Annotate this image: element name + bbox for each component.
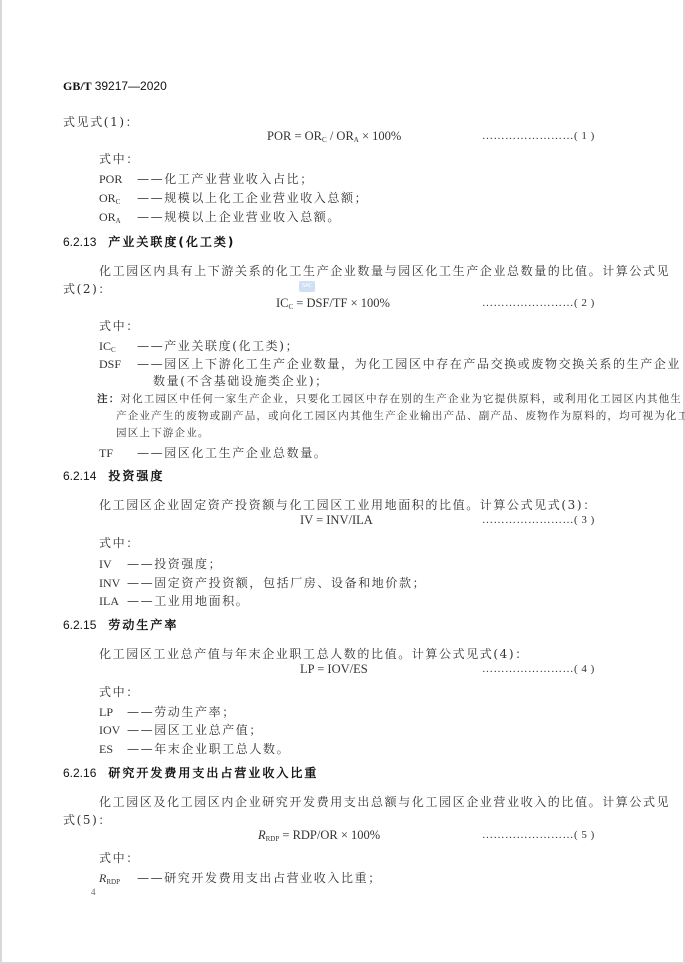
- note-line: 产企业产生的废物或副产品，或向化工园区内其他生产企业输出产品、副产品、废物作为原…: [116, 408, 685, 423]
- eq1-tail: × 100%: [359, 129, 401, 143]
- symbol-sub: RDP: [106, 878, 120, 886]
- paragraph-cont: 式(5)：: [63, 811, 112, 828]
- standard-number: 39217—2020: [95, 79, 167, 93]
- leader-dots: ……………………: [482, 130, 574, 142]
- note-line: 对化工园区中任何一家生产企业，只要化工园区中存在别的生产企业为它提供原料，或利用…: [120, 393, 682, 405]
- symbol: POR: [99, 172, 137, 187]
- eq5-sub: RDP: [266, 835, 280, 843]
- leader-dots: ……………………: [482, 663, 574, 675]
- definition-row: RRDP——研究开发费用支出占营业收入比重；: [99, 867, 382, 886]
- definition-row: DSF——园区上下游化工生产企业数量，为化工园区中存在产品交换或废物交换关系的生…: [99, 353, 681, 372]
- definition-cont: 数量(不含基础设施类企业)；: [153, 372, 329, 389]
- equation-3-number: ……………………( 3 ): [482, 514, 595, 526]
- section-6-2-13-heading: 6.2.13产业关联度(化工类): [63, 233, 235, 250]
- paragraph: 化工园区企业固定资产投资额与化工园区工业用地面积的比值。计算公式见式(3)：: [99, 496, 597, 513]
- document-page: GB/T 39217—2020 式见式(1)： POR = ORC / ORA …: [2, 0, 683, 962]
- definition-row: ES——年末企业职工总人数。: [99, 738, 290, 757]
- standard-header: GB/T 39217—2020: [63, 79, 167, 94]
- note: 注：对化工园区中任何一家生产企业，只要化工园区中存在别的生产企业为它提供原料，或…: [97, 391, 682, 406]
- note-line: 园区上下游企业。: [116, 425, 210, 440]
- paragraph: 化工园区及化工园区内企业研究开发费用支出总额与化工园区企业营业收入的比值。计算公…: [99, 793, 670, 810]
- definition: ——劳动生产率；: [127, 705, 236, 719]
- definition: ——工业用地面积。: [127, 594, 249, 608]
- definition: ——园区工业总产值；: [127, 723, 263, 737]
- where-label: 式中：: [99, 317, 140, 334]
- eq5-rhs: = RDP/OR × 100%: [279, 828, 380, 842]
- page-number: 4: [91, 887, 96, 897]
- definition: ——年末企业职工总人数。: [127, 742, 290, 756]
- definition-row: IOV——园区工业总产值；: [99, 719, 263, 738]
- eq-number: ( 5 ): [574, 829, 595, 841]
- symbol: OR: [99, 191, 116, 205]
- symbol: DSF: [99, 357, 137, 372]
- definition-row: ICC——产业关联度(化工类)；: [99, 335, 299, 354]
- section-title: 劳动生产率: [108, 618, 178, 632]
- symbol: ILA: [99, 594, 127, 609]
- eq2-lhs: IC: [276, 296, 289, 310]
- eq1-ora: / OR: [327, 129, 354, 143]
- eq1-or: OR: [305, 129, 322, 143]
- standard-prefix: GB/T: [63, 79, 92, 93]
- definition-row: TF——园区化工生产企业总数量。: [99, 442, 327, 461]
- definition: ——研究开发费用支出占营业收入比重；: [137, 871, 382, 885]
- where-label: 式中：: [99, 534, 140, 551]
- note-label: 注：: [97, 393, 120, 405]
- definition: ——产业关联度(化工类)；: [137, 339, 299, 353]
- definition: ——投资强度；: [127, 557, 222, 571]
- section-number: 6.2.16: [63, 766, 96, 780]
- paragraph-cont: 式(2)：: [63, 280, 112, 297]
- section-number: 6.2.13: [63, 235, 96, 249]
- symbol: IV: [99, 557, 127, 572]
- eq-number: ( 2 ): [574, 297, 595, 309]
- definition: ——园区化工生产企业总数量。: [137, 446, 327, 460]
- symbol: ES: [99, 742, 127, 757]
- paragraph: 化工园区工业总产值与年末企业职工总人数的比值。计算公式见式(4)：: [99, 645, 529, 662]
- definition-row: POR——化工产业营业收入占比；: [99, 168, 314, 187]
- equation-5-number: ……………………( 5 ): [482, 829, 595, 841]
- leader-dots: ……………………: [482, 297, 574, 309]
- equation-3: IV = INV/ILA: [300, 513, 373, 528]
- equation-4: LP = IOV/ES: [300, 662, 368, 677]
- section-6-2-16-heading: 6.2.16研究开发费用支出占营业收入比重: [63, 764, 318, 781]
- paragraph: 化工园区内具有上下游关系的化工生产企业数量与园区化工生产企业总数量的比值。计算公…: [99, 262, 670, 279]
- equation-2: ICC = DSF/TF × 100%: [276, 296, 390, 311]
- eq1-lhs: POR: [267, 129, 291, 143]
- symbol: LP: [99, 705, 127, 720]
- eq5-lhs: R: [258, 828, 266, 842]
- leader-dots: ……………………: [482, 829, 574, 841]
- symbol-sub: A: [116, 217, 121, 225]
- eq2-rhs: = DSF/TF × 100%: [293, 296, 390, 310]
- symbol: IOV: [99, 723, 127, 738]
- equation-2-number: ……………………( 2 ): [482, 297, 595, 309]
- eq-number: ( 3 ): [574, 514, 595, 526]
- symbol-sub: C: [116, 198, 121, 206]
- symbol: TF: [99, 446, 137, 461]
- section-6-2-14-heading: 6.2.14投资强度: [63, 467, 164, 484]
- definition-row: INV——固定资产投资额，包括厂房、设备和地价款；: [99, 572, 426, 591]
- definition-row: IV——投资强度；: [99, 553, 222, 572]
- symbol: INV: [99, 576, 127, 591]
- definition: ——规模以上化工企业营业收入总额；: [137, 191, 368, 205]
- where-label: 式中：: [99, 150, 140, 167]
- where-label: 式中：: [99, 683, 140, 700]
- leader-dots: ……………………: [482, 514, 574, 526]
- equation-1-number: ……………………( 1 ): [482, 130, 595, 142]
- section-6-2-15-heading: 6.2.15劳动生产率: [63, 616, 178, 633]
- section-title: 产业关联度(化工类): [108, 235, 235, 249]
- definition-row: ORA——规模以上企业营业收入总额。: [99, 206, 341, 225]
- eq1-intro: 式见式(1)：: [63, 113, 139, 130]
- eq-number: ( 1 ): [574, 130, 595, 142]
- equation-1: POR = ORC / ORA × 100%: [267, 129, 401, 144]
- definition: ——规模以上企业营业收入总额。: [137, 210, 341, 224]
- definition-row: LP——劳动生产率；: [99, 701, 236, 720]
- section-title: 研究开发费用支出占营业收入比重: [108, 766, 318, 780]
- definition: ——化工产业营业收入占比；: [137, 172, 314, 186]
- equation-5: RRDP = RDP/OR × 100%: [258, 828, 380, 843]
- eq-number: ( 4 ): [574, 663, 595, 675]
- section-title: 投资强度: [108, 469, 164, 483]
- section-number: 6.2.15: [63, 618, 96, 632]
- definition-row: ORC——规模以上化工企业营业收入总额；: [99, 187, 368, 206]
- symbol: OR: [99, 210, 116, 224]
- section-number: 6.2.14: [63, 469, 96, 483]
- equation-4-number: ……………………( 4 ): [482, 663, 595, 675]
- symbol: IC: [99, 339, 111, 353]
- sac-watermark: SAC: [299, 281, 315, 292]
- definition: ——园区上下游化工生产企业数量，为化工园区中存在产品交换或废物交换关系的生产企业: [137, 357, 681, 371]
- where-label: 式中：: [99, 849, 140, 866]
- definition-row: ILA——工业用地面积。: [99, 590, 249, 609]
- definition: ——固定资产投资额，包括厂房、设备和地价款；: [127, 576, 426, 590]
